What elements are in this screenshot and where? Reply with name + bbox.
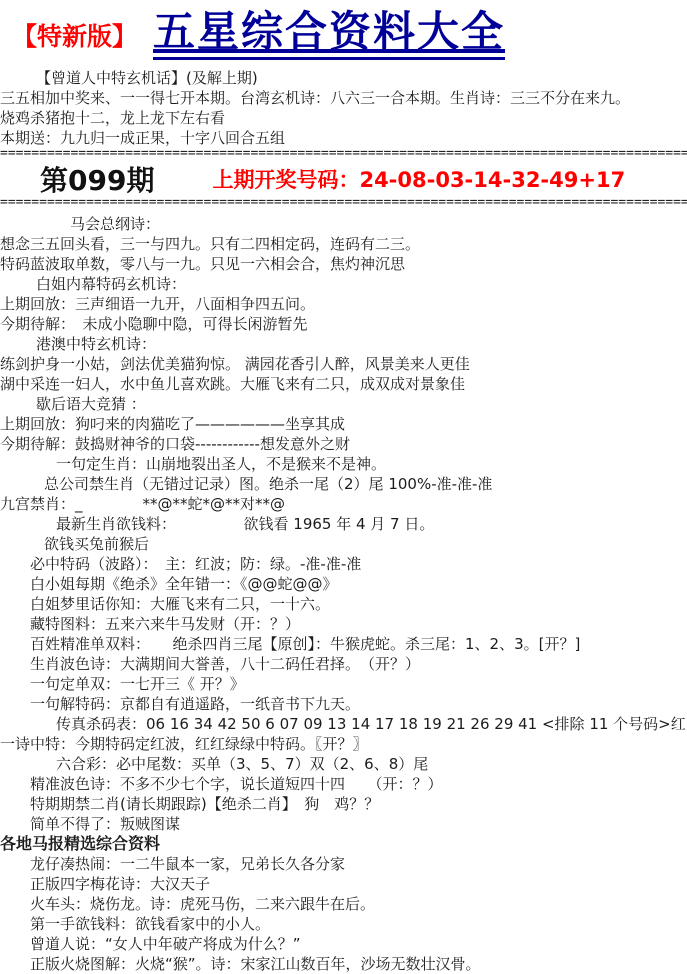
text-line: 特期期禁二肖(请长期跟踪)【绝杀二肖】 狗 鸡？？ bbox=[0, 794, 687, 814]
text-line: 【曾道人中特玄机话】(及解上期) bbox=[0, 68, 687, 88]
text-line: 最新生肖欲钱料： 欲钱看 1965 年 4 月 7 日。 bbox=[0, 514, 687, 534]
separator-bottom: ========================================… bbox=[0, 197, 687, 210]
text-line: 龙仔凑热闹：一二牛鼠本一家，兄弟长久各分家 bbox=[0, 854, 687, 874]
text-line: 今期待解：鼓捣财神爷的口袋------------想发意外之财 bbox=[0, 434, 687, 454]
body-lines: 马会总纲诗：想念三五回头看，三一与四九。只有二四相定码，连码有二三。特码蓝波取单… bbox=[0, 214, 687, 974]
text-line: 白姐内幕特码玄机诗： bbox=[0, 274, 687, 294]
edition-badge: 【特新版】 bbox=[12, 17, 137, 53]
text-line: 精准波色诗：不多不少七个字，说长道短四十四 （开：？） bbox=[0, 774, 687, 794]
page: 【特新版】 五星综合资料大全 【曾道人中特玄机话】(及解上期)三五相加中奖来、一… bbox=[0, 0, 687, 974]
page-title: 五星综合资料大全 bbox=[153, 10, 505, 59]
text-line: 上期回放：三声细语一九开，八面相争四五问。 bbox=[0, 294, 687, 314]
text-line: 歇后语大竞猜 ： bbox=[0, 394, 687, 414]
text-line: 马会总纲诗： bbox=[0, 214, 687, 234]
text-line: 各地马报精选综合资料 bbox=[0, 834, 687, 854]
text-line: 一句定单双：一七开三《 开？》 bbox=[0, 674, 687, 694]
text-line: 本期送：九九归一成正果，十字八回合五组 bbox=[0, 128, 687, 148]
text-line: 传真杀码表：06 16 34 42 50 6 07 09 13 14 17 18… bbox=[0, 714, 687, 734]
text-line: 三五相加中奖来、一一得七开本期。台湾玄机诗：八六三一合本期。生肖诗：三三不分在来… bbox=[0, 88, 687, 108]
text-line: 特码蓝波取单数，零八与一九。只见一六相会合，焦灼神沉思 bbox=[0, 254, 687, 274]
issue-row: 第099期 上期开奖号码：24-08-03-14-32-49+17 bbox=[0, 161, 687, 197]
text-line: 必中特码（波路）： 主：红波；防：绿。-准-准-准 bbox=[0, 554, 687, 574]
text-line: 第一手欲钱料：欲钱看家中的小人。 bbox=[0, 914, 687, 934]
text-line: 白小姐每期《绝杀》全年错一：《@@蛇@@》 bbox=[0, 574, 687, 594]
last-draw-numbers: 上期开奖号码：24-08-03-14-32-49+17 bbox=[212, 164, 625, 194]
text-line: 白姐梦里话你知：大雁飞来有二只，一十六。 bbox=[0, 594, 687, 614]
text-line: 一句解特码：京都自有逍遥路，一纸音书下九天。 bbox=[0, 694, 687, 714]
text-line: 练剑护身一小姑，剑法优美猫狗惊。 满园花香引人醉，风景美来人更佳 bbox=[0, 354, 687, 374]
text-line: 一诗中特：今期特码定红波，红红绿绿中特码。〖开？〗 bbox=[0, 734, 687, 754]
text-line: 九宫禁肖：_ **@**蛇*@**对**@ bbox=[0, 494, 687, 514]
header: 【特新版】 五星综合资料大全 bbox=[0, 6, 687, 64]
text-line: 想念三五回头看，三一与四九。只有二四相定码，连码有二三。 bbox=[0, 234, 687, 254]
text-line: 生肖波色诗：大满期间大誉善，八十二码任君择。 （开？） bbox=[0, 654, 687, 674]
text-line: 正版火烧图解：火烧“猴”。诗：宋家江山数百年，沙场无数壮汉骨。 bbox=[0, 954, 687, 974]
text-line: 六合彩：必中尾数：买单（3、5、7）双（2、6、8）尾 bbox=[0, 754, 687, 774]
text-line: 简单不得了：叛贼图谋 bbox=[0, 814, 687, 834]
text-line: 火车头：烧伤龙。诗：虎死马伤，二来六跟牛在后。 bbox=[0, 894, 687, 914]
text-line: 一句定生肖：山崩地裂出圣人，不是猴来不是神。 bbox=[0, 454, 687, 474]
text-line: 港澳中特玄机诗： bbox=[0, 334, 687, 354]
text-line: 正版四字梅花诗：大汉天子 bbox=[0, 874, 687, 894]
text-line: 上期回放：狗叼来的肉猫吃了——————坐享其成 bbox=[0, 414, 687, 434]
text-line: 总公司禁生肖（无错过记录）图。绝杀一尾（2）尾 100%-准-准-准 bbox=[0, 474, 687, 494]
text-line: 湖中采连一妇人，水中鱼儿喜欢跳。大雁飞来有二只，成双成对景象佳 bbox=[0, 374, 687, 394]
text-line: 百姓精准单双料： 绝杀四肖三尾【原创】：牛猴虎蛇。杀三尾：1、2、3。[开？] bbox=[0, 634, 687, 654]
text-line: 藏特图料：五来六来牛马发财（开：？） bbox=[0, 614, 687, 634]
text-line: 烧鸡杀猪抱十二，龙上龙下左右看 bbox=[0, 108, 687, 128]
intro-lines: 【曾道人中特玄机话】(及解上期)三五相加中奖来、一一得七开本期。台湾玄机诗：八六… bbox=[0, 68, 687, 148]
text-line: 曾道人说：“女人中年破产将成为什么？” bbox=[0, 934, 687, 954]
text-line: 欲钱买兔前猴后 bbox=[0, 534, 687, 554]
issue-number: 第099期 bbox=[40, 159, 154, 199]
text-line: 今期待解： 未成小隐聊中隐，可得长闲游暂先 bbox=[0, 314, 687, 334]
